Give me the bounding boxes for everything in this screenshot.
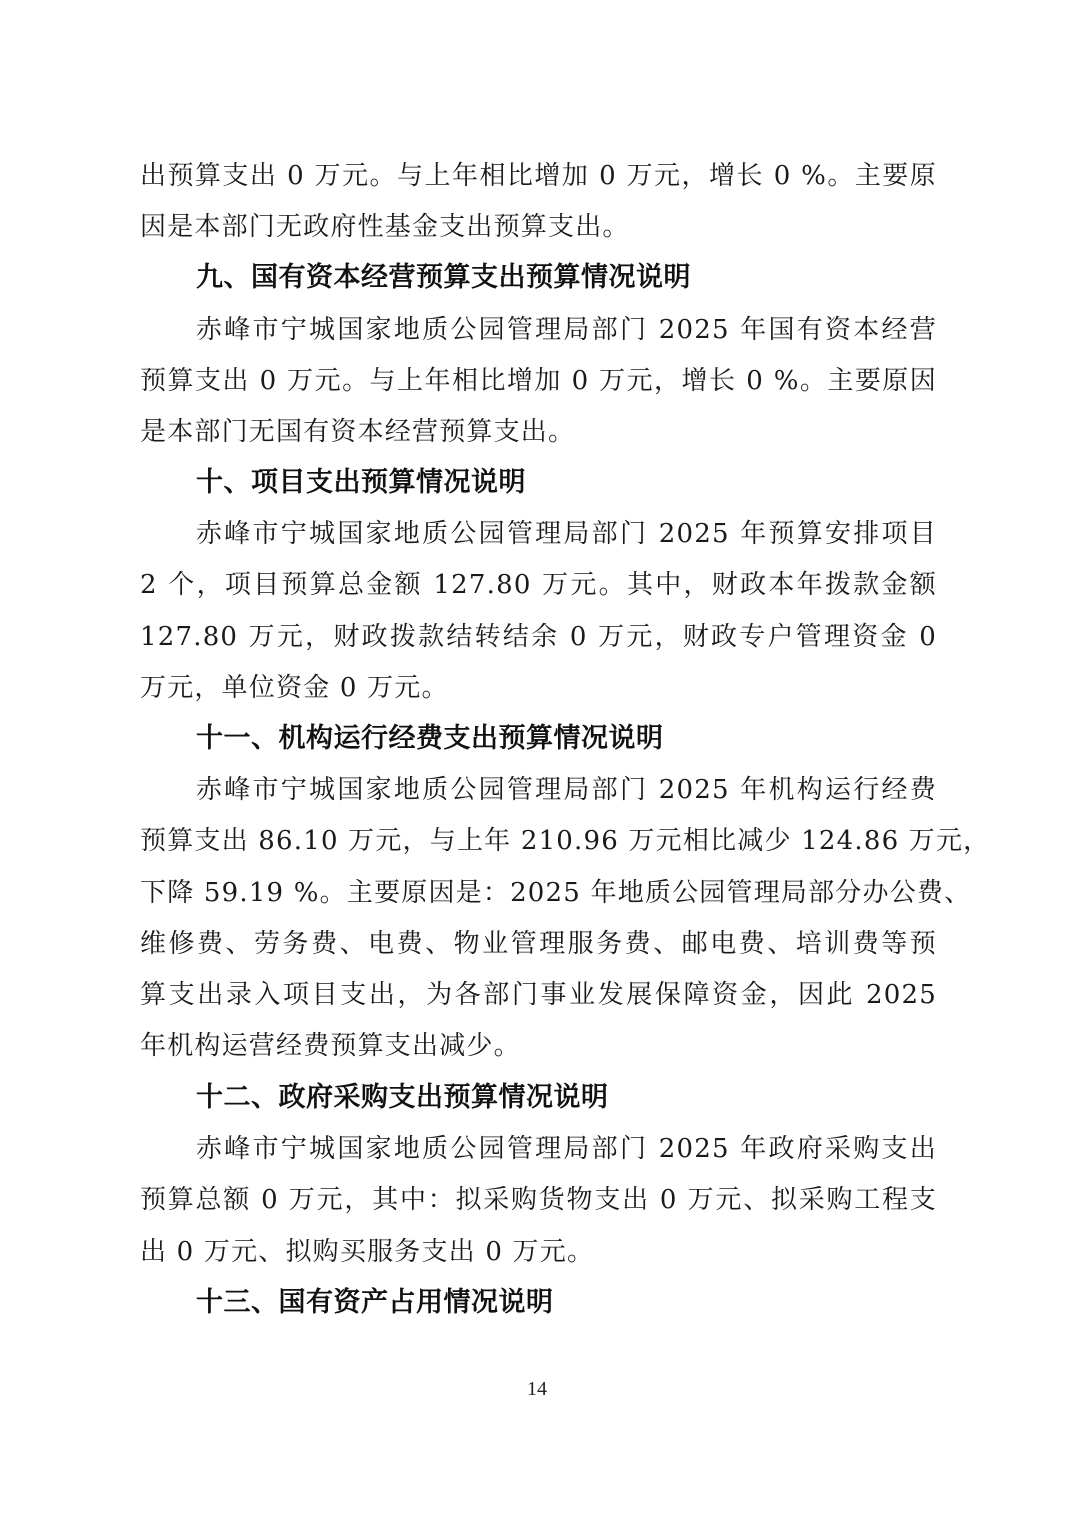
- section-heading-10: 十、项目支出预算情况说明: [196, 463, 526, 503]
- paragraph-line: 赤峰市宁城国家地质公园管理局部门 2025 年预算安排项目: [196, 514, 937, 554]
- paragraph-line: 预算总额 0 万元，其中：拟采购货物支出 0 万元、拟采购工程支: [140, 1180, 937, 1220]
- paragraph-line: 算支出录入项目支出，为各部门事业发展保障资金，因此 2025: [140, 975, 937, 1015]
- paragraph-line: 年机构运营经费预算支出减少。: [140, 1026, 937, 1066]
- page-number: 14: [0, 1378, 1074, 1401]
- paragraph-line: 出预算支出 0 万元。与上年相比增加 0 万元，增长 0 %。主要原: [140, 156, 937, 196]
- document-page: 出预算支出 0 万元。与上年相比增加 0 万元，增长 0 %。主要原 因是本部门…: [0, 0, 1074, 1520]
- section-heading-9: 九、国有资本经营预算支出预算情况说明: [196, 258, 691, 298]
- section-heading-12: 十二、政府采购支出预算情况说明: [196, 1078, 609, 1118]
- paragraph-line: 因是本部门无政府性基金支出预算支出。: [140, 207, 937, 247]
- paragraph-line: 下降 59.19 %。主要原因是：2025 年地质公园管理局部分办公费、: [140, 873, 937, 913]
- paragraph-line: 2 个，项目预算总金额 127.80 万元。其中，财政本年拨款金额: [140, 565, 937, 605]
- paragraph-line: 万元，单位资金 0 万元。: [140, 668, 937, 708]
- paragraph-line: 赤峰市宁城国家地质公园管理局部门 2025 年机构运行经费: [196, 770, 937, 810]
- section-heading-13: 十三、国有资产占用情况说明: [196, 1283, 554, 1323]
- paragraph-line: 127.80 万元，财政拨款结转结余 0 万元，财政专户管理资金 0: [140, 617, 937, 657]
- paragraph-line: 赤峰市宁城国家地质公园管理局部门 2025 年国有资本经营: [196, 310, 937, 350]
- paragraph-line: 出 0 万元、拟购买服务支出 0 万元。: [140, 1232, 937, 1272]
- paragraph-line: 是本部门无国有资本经营预算支出。: [140, 412, 937, 452]
- paragraph-line: 预算支出 86.10 万元，与上年 210.96 万元相比减少 124.86 万…: [140, 821, 937, 861]
- paragraph-line: 预算支出 0 万元。与上年相比增加 0 万元，增长 0 %。主要原因: [140, 361, 937, 401]
- paragraph-line: 赤峰市宁城国家地质公园管理局部门 2025 年政府采购支出: [196, 1129, 937, 1169]
- paragraph-line: 维修费、劳务费、电费、物业管理服务费、邮电费、培训费等预: [140, 924, 937, 964]
- section-heading-11: 十一、机构运行经费支出预算情况说明: [196, 719, 664, 759]
